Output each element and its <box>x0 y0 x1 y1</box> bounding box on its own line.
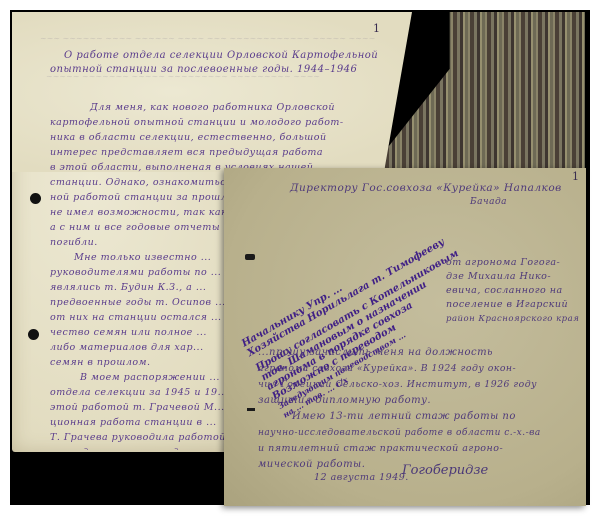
addressee-line-2: Бачада <box>470 194 507 210</box>
body-line: агронома совхоза «Курейка». В 1924 году … <box>258 361 588 377</box>
application-body: ...прошу зачислить меня на должность агр… <box>258 345 588 473</box>
body-line: чил Горецкий Сельско-хоз. Институт, в 19… <box>258 377 588 393</box>
body-line: Имею 13-ти летний стаж работы по <box>258 409 588 425</box>
addressee-line-1: Директору Гос.совхоза «Курейка» Напалков <box>290 180 562 196</box>
left-title-line-2: опытной станции за послевоенные годы. 19… <box>50 62 357 77</box>
right-page-number: 1 <box>572 170 579 183</box>
from-line: евича, сосланного на <box>446 284 579 298</box>
left-body-line: ника в области селекции, естественно, бо… <box>50 130 370 145</box>
document-date: 12 августа 1949. <box>314 470 409 486</box>
binding-mark <box>247 408 255 411</box>
punch-hole-bottom <box>28 329 39 340</box>
body-line: защитил дипломную работу. <box>258 393 588 409</box>
from-line: район Красноярского края <box>446 312 579 326</box>
left-body-line: интерес представляет вся предыдущая рабо… <box>50 145 370 160</box>
punch-hole-top <box>30 193 41 204</box>
from-line: дзе Михаила Нико- <box>446 270 579 284</box>
body-line: ...прошу зачислить меня на должность <box>258 345 588 361</box>
left-title-line-1: О работе отдела селекции Орловской Карто… <box>64 48 378 63</box>
from-block: от агронома Гогога- дзе Михаила Нико- ев… <box>446 256 579 326</box>
from-line: от агронома Гогога- <box>446 256 579 270</box>
left-body-line: картофельной опытной станции и молодого … <box>50 115 370 130</box>
binding-mark <box>245 254 255 260</box>
from-line: поселение в Игарский <box>446 298 579 312</box>
body-line: научно-исследовательской работе в област… <box>258 425 588 441</box>
left-body-line: Для меня, как нового работника Орловской <box>50 100 370 115</box>
signature: Гогоберидзе <box>402 463 488 478</box>
body-line: и пятилетний стаж практической агроно- <box>258 441 588 457</box>
